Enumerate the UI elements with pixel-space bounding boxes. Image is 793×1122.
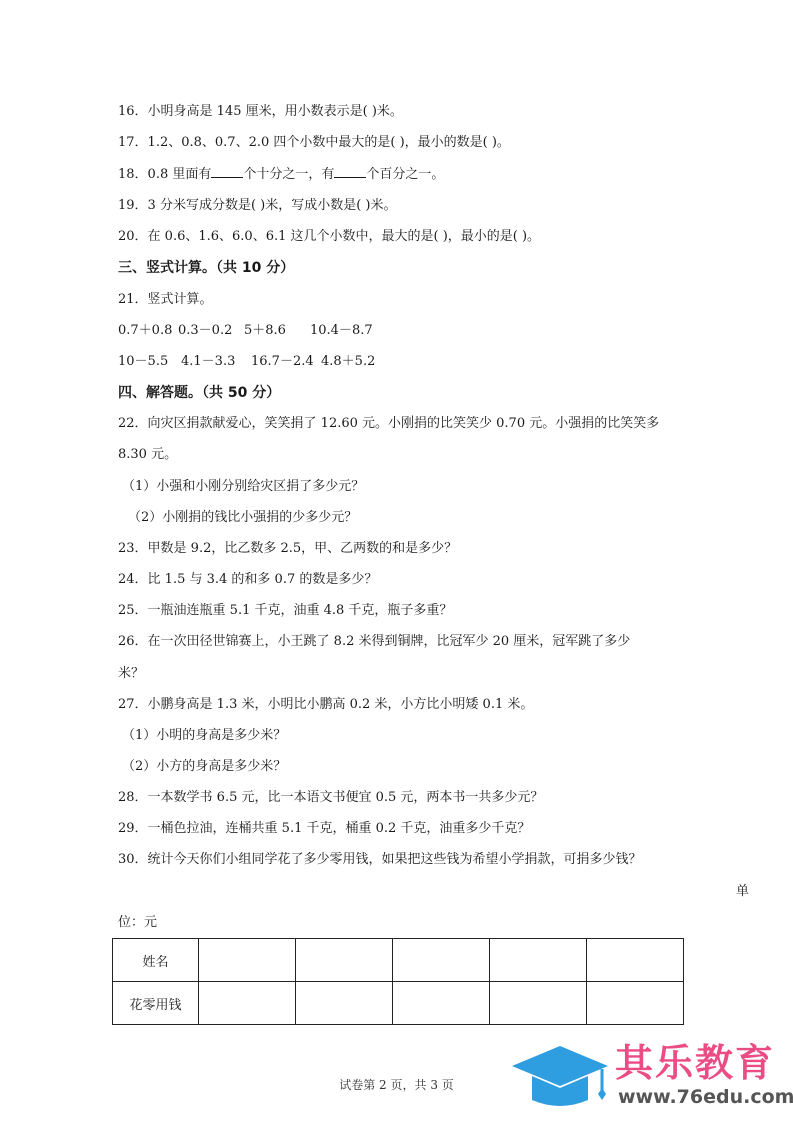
- pocket-money-table: 姓名 花零用钱: [112, 938, 684, 1025]
- table-cell[interactable]: [199, 939, 296, 982]
- question-18: 18．0.8 里面有个十分之一，有个百分之一。: [118, 165, 444, 184]
- calc-row-1: 0.7＋0.80.3－0.25＋8.610.4－8.7: [118, 322, 373, 340]
- brand-url: www.76edu.com: [618, 1085, 793, 1109]
- question-16: 16．小明身高是 145 厘米，用小数表示是( )米。: [118, 103, 403, 121]
- brand-name: 其乐教育: [615, 1040, 775, 1086]
- calc-item: 10－5.5: [118, 353, 181, 371]
- question-27-sub1: （1）小明的身高是多少米？: [122, 727, 286, 745]
- question-20: 20．在 0.6、1.6、6.0、6.1 这几个小数中，最大的是( )，最小的是…: [118, 228, 540, 246]
- watermark-logo: 其乐教育 www.76edu.com: [510, 1040, 790, 1120]
- question-22-line1: 22．向灾区捐款献爱心，笑笑捐了 12.60 元。小刚捐的比笑笑少 0.70 元…: [118, 415, 659, 433]
- row-label-name: 姓名: [113, 939, 199, 982]
- answer-blank: [211, 165, 243, 178]
- table-cell[interactable]: [490, 982, 587, 1025]
- question-18-mid: 个十分之一，有: [243, 167, 334, 182]
- question-21: 21．竖式计算。: [118, 291, 213, 309]
- question-25: 25．一瓶油连瓶重 5.1 千克，油重 4.8 千克，瓶子多重？: [118, 602, 452, 620]
- unit-label-part1: 单: [736, 883, 749, 901]
- graduation-cap-icon: [510, 1044, 610, 1114]
- unit-label-part2: 位：元: [118, 914, 157, 932]
- question-29: 29．一桶色拉油，连桶共重 5.1 千克，桶重 0.2 千克，油重多少千克？: [118, 820, 530, 838]
- calc-item: 4.8＋5.2: [321, 353, 375, 371]
- table-cell[interactable]: [587, 982, 684, 1025]
- question-26-line2: 米？: [118, 665, 144, 683]
- calc-item: 0.7＋0.8: [118, 322, 178, 340]
- question-24: 24．比 1.5 与 3.4 的和多 0.7 的数是多少？: [118, 571, 377, 589]
- table-cell[interactable]: [393, 982, 490, 1025]
- answer-blank: [334, 165, 366, 178]
- question-30: 30．统计今天你们小组同学花了多少零用钱，如果把这些钱为希望小学捐款，可捐多少钱…: [118, 851, 642, 869]
- calc-item: 10.4－8.7: [310, 322, 373, 340]
- calc-item: 0.3－0.2: [178, 322, 244, 340]
- table-cell[interactable]: [393, 939, 490, 982]
- calc-item: 4.1－3.3: [181, 353, 251, 371]
- table-cell[interactable]: [490, 939, 587, 982]
- question-26-line1: 26．在一次田径世锦赛上，小王跳了 8.2 米得到铜牌，比冠军少 20 厘米，冠…: [118, 633, 630, 651]
- table-row-money: 花零用钱: [113, 982, 684, 1025]
- calc-item: 16.7－2.4: [251, 353, 321, 371]
- table-row-name: 姓名: [113, 939, 684, 982]
- question-17: 17．1.2、0.8、0.7、2.0 四个小数中最大的是( )，最小的数是( )…: [118, 134, 510, 152]
- calc-row-2: 10－5.54.1－3.316.7－2.44.8＋5.2: [118, 353, 375, 371]
- question-18-suffix: 个百分之一。: [366, 167, 444, 182]
- question-18-prefix: 18．0.8 里面有: [118, 167, 211, 182]
- table-cell[interactable]: [296, 982, 393, 1025]
- question-19: 19．3 分米写成分数是( )米，写成小数是( )米。: [118, 197, 397, 215]
- question-27-sub2: （2）小方的身高是多少米？: [122, 758, 286, 776]
- question-28: 28．一本数学书 6.5 元，比一本语文书便宜 0.5 元，两本书一共多少元？: [118, 789, 543, 807]
- question-22-line2: 8.30 元。: [118, 446, 177, 464]
- section-4-heading: 四、解答题。（共 50 分）: [118, 384, 280, 402]
- question-22-sub2: （2）小刚捐的钱比小强捐的少多少元？: [128, 509, 357, 527]
- table-cell[interactable]: [296, 939, 393, 982]
- question-22-sub1: （1）小强和小刚分别给灾区捐了多少元？: [122, 478, 364, 496]
- section-3-heading: 三、竖式计算。（共 10 分）: [118, 259, 294, 277]
- calc-item: 5＋8.6: [244, 322, 310, 340]
- question-23: 23．甲数是 9.2，比乙数多 2.5，甲、乙两数的和是多少？: [118, 540, 457, 558]
- row-label-money: 花零用钱: [113, 982, 199, 1025]
- table-cell[interactable]: [199, 982, 296, 1025]
- question-27: 27．小鹏身高是 1.3 米，小明比小鹏高 0.2 米，小方比小明矮 0.1 米…: [118, 696, 533, 714]
- table-cell[interactable]: [587, 939, 684, 982]
